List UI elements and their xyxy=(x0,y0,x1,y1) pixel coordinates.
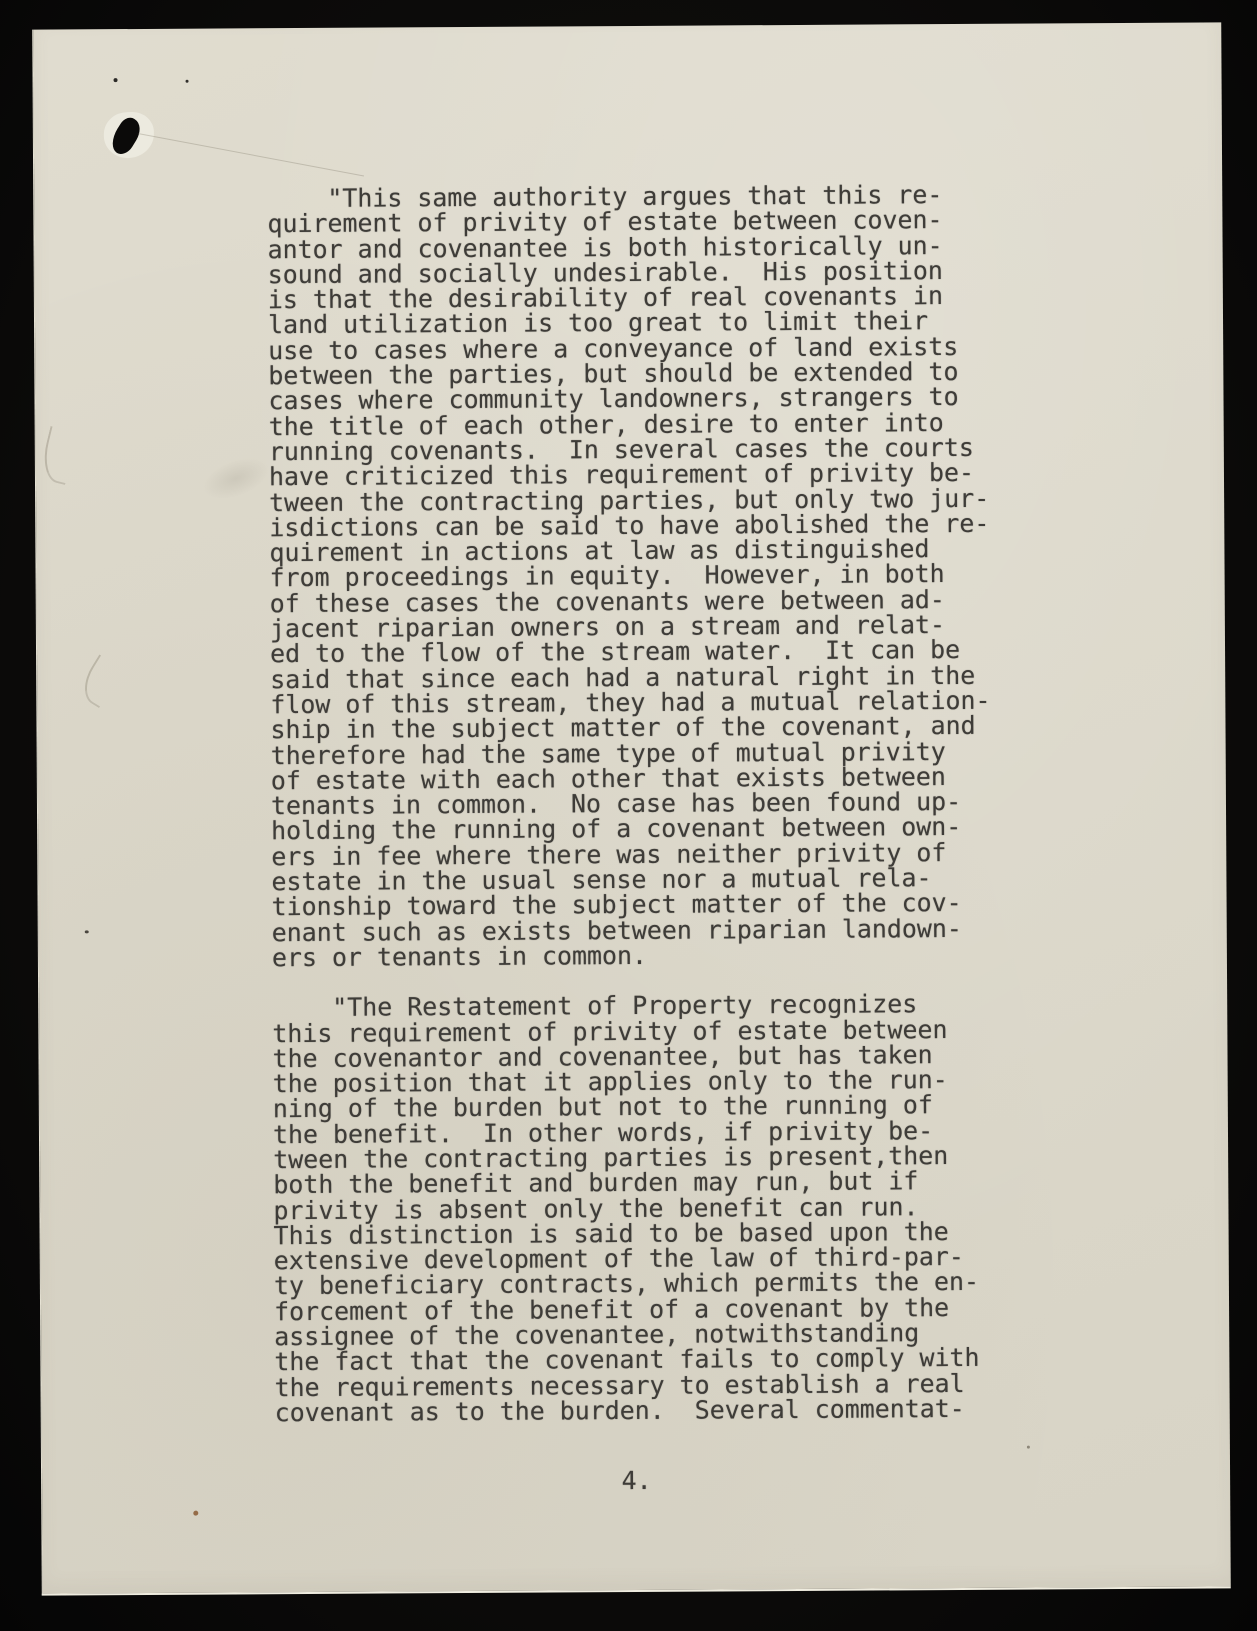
faint-pencil-mark xyxy=(75,654,123,708)
ink-speck xyxy=(186,80,189,83)
paragraph-2: "The Restatement of Property recognizes … xyxy=(272,991,1015,1426)
ink-speck xyxy=(85,930,89,933)
document-page: "This same authority argues that this re… xyxy=(32,22,1231,1595)
ink-speck xyxy=(114,78,118,82)
typewritten-text-block: "This same authority argues that this re… xyxy=(267,182,1015,1451)
pencil-smudge xyxy=(197,449,275,507)
scratch-mark xyxy=(138,133,364,176)
paragraph-1: "This same authority argues that this re… xyxy=(267,182,1012,971)
scan-background: "This same authority argues that this re… xyxy=(0,0,1257,1631)
page-number: 4. xyxy=(275,1464,998,1497)
faint-pencil-mark xyxy=(38,426,78,485)
dust-speck xyxy=(1027,1446,1030,1449)
brown-fleck xyxy=(193,1511,198,1516)
